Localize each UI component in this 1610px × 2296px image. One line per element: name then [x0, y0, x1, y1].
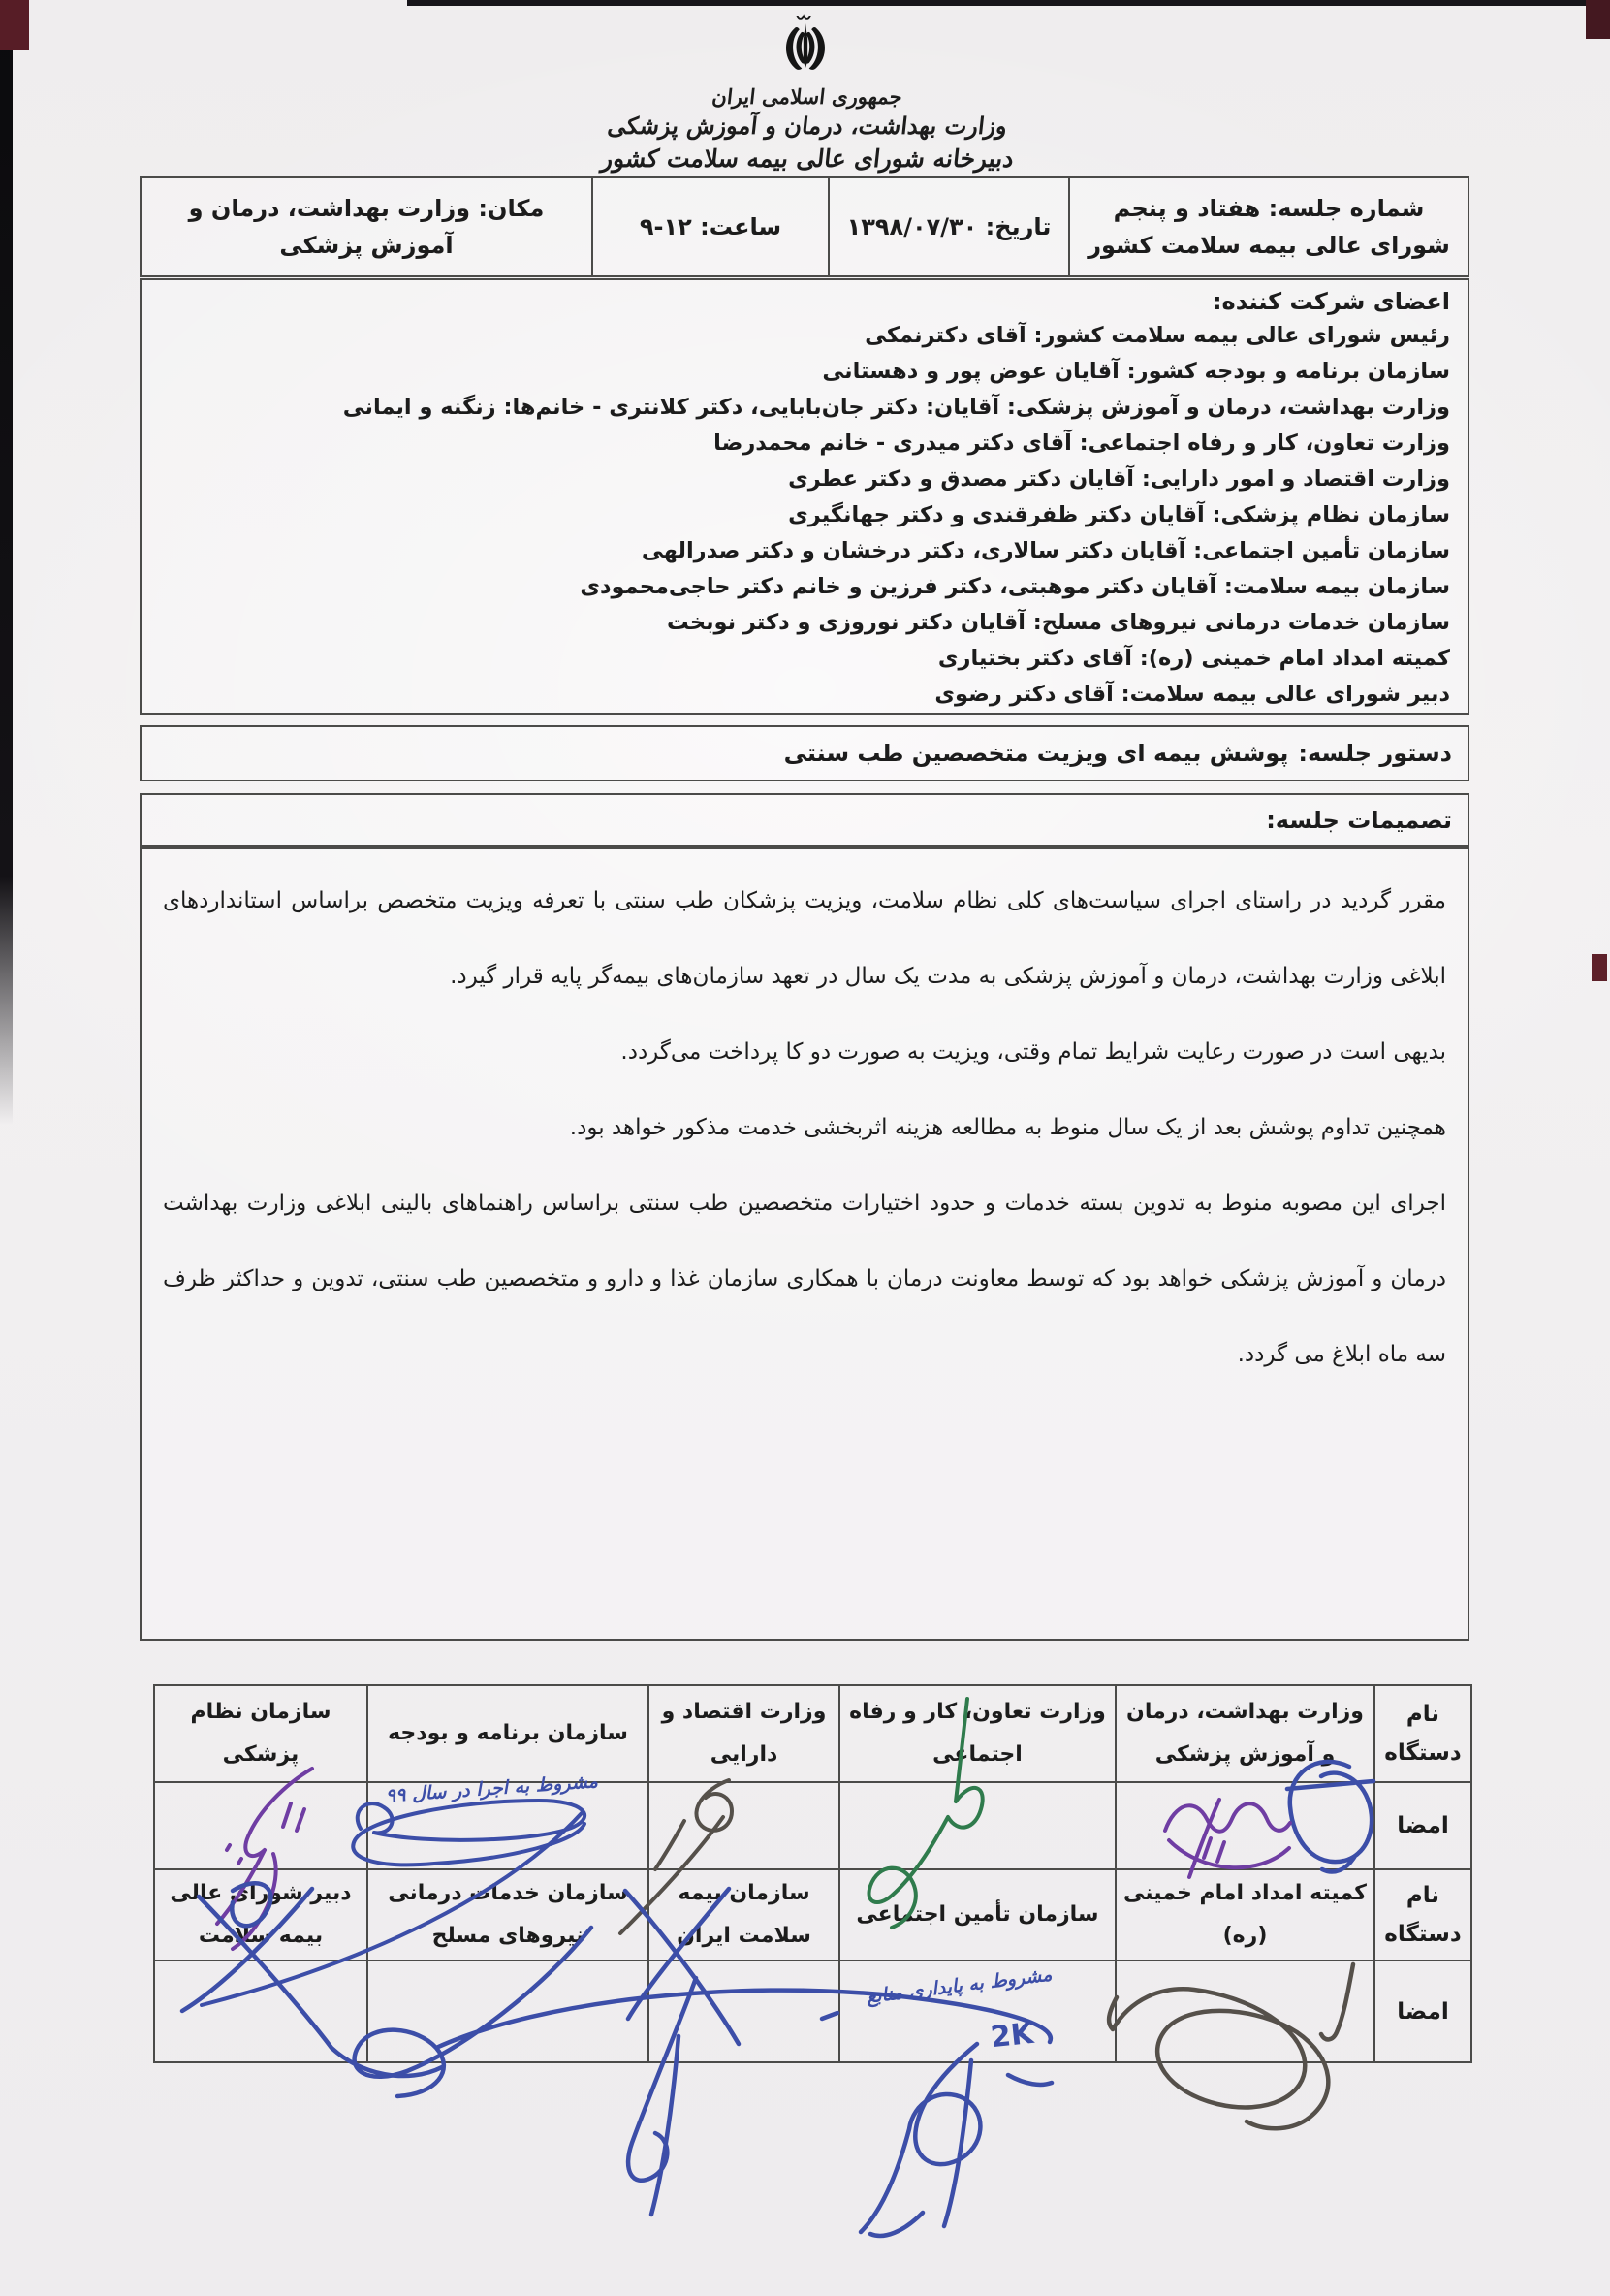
participant-line: کمیته امداد امام خمینی (ره): آقای دکتر ب… [159, 641, 1450, 677]
org-cell: وزارت اقتصاد و دارایی [648, 1685, 839, 1782]
participant-line: وزارت تعاون، کار و رفاه اجتماعی: آقای دک… [159, 426, 1450, 462]
org-cell: سازمان نظام پزشکی [154, 1685, 367, 1782]
agenda-topic: پوشش بیمه ای ویزیت متخصصین طب سنتی [784, 740, 1289, 767]
participant-line: وزارت بهداشت، درمان و آموزش پزشکی: آقایا… [159, 390, 1450, 426]
agenda-strip: دستور جلسه: پوشش بیمه ای ویزیت متخصصین ط… [140, 725, 1469, 781]
participant-line: سازمان نظام پزشکی: آقایان دکتر ظفرقندی و… [159, 497, 1450, 533]
participants-box: اعضای شرکت کننده: رئیس شورای عالی بیمه س… [140, 278, 1469, 715]
scanned-meeting-minutes-page: جمهوری اسلامی ایران وزارت بهداشت، درمان … [0, 0, 1610, 2296]
signature-cell [1116, 1961, 1374, 2062]
participant-line: سازمان برنامه و بودجه کشور: آقایان عوض پ… [159, 354, 1450, 390]
letterhead-ministry: وزارت بهداشت، درمان و آموزش پزشکی [492, 111, 1118, 143]
name-device-label: نام دستگاه [1374, 1869, 1471, 1961]
participant-line: رئیس شورای عالی بیمه سلامت کشور: آقای دک… [159, 318, 1450, 354]
iran-coat-of-arms-icon [775, 12, 836, 80]
name-device-label: نام دستگاه [1374, 1685, 1471, 1782]
signature-cell [1116, 1782, 1374, 1869]
participant-line: سازمان خدمات درمانی نیروهای مسلح: آقایان… [159, 605, 1450, 641]
org-cell: وزارت بهداشت، درمان و آموزش پزشکی [1116, 1685, 1374, 1782]
session-number-cell: شماره جلسه: هفتاد و پنجم شورای عالی بیمه… [1068, 178, 1468, 275]
meeting-time-cell: ساعت: ۱۲-۹ [591, 178, 828, 275]
signature-table-signature-row-2: امضا [154, 1961, 1471, 2062]
signature-cell [839, 1782, 1116, 1869]
decision-paragraph: اجرای این مصوبه منوط به تدوین بسته خدمات… [163, 1165, 1446, 1392]
org-cell: سازمان خدمات درمانی نیروهای مسلح [367, 1869, 648, 1961]
signature-cell [154, 1961, 367, 2062]
org-cell: سازمان بیمه سلامت ایران [648, 1869, 839, 1961]
scan-edge-shadow-top [407, 0, 1610, 6]
letterhead: جمهوری اسلامی ایران وزارت بهداشت، درمان … [495, 12, 1116, 175]
participants-title: اعضای شرکت کننده: [159, 286, 1450, 318]
participant-line: سازمان تأمین اجتماعی: آقایان دکتر سالاری… [159, 533, 1450, 569]
signature-cell [367, 1961, 648, 2062]
signature-cell [648, 1961, 839, 2062]
org-cell: دبیر شورای عالی بیمه سلامت [154, 1869, 367, 1961]
scan-corner-mark [1586, 0, 1610, 39]
scan-edge-shadow [0, 0, 13, 1125]
letterhead-country: جمهوری اسلامی ایران [493, 83, 1118, 111]
decision-paragraph: بدیهی است در صورت رعایت شرایط تمام وقتی،… [163, 1014, 1446, 1090]
signature-table-name-row-2: نام دستگاه کمیته امداد امام خمینی (ره) س… [154, 1869, 1471, 1961]
participant-line: دبیر شورای عالی بیمه سلامت: آقای دکتر رض… [159, 677, 1450, 713]
org-cell: سازمان برنامه و بودجه [367, 1685, 648, 1782]
signature-cell [367, 1782, 648, 1869]
meeting-location-cell: مکان: وزارت بهداشت، درمان و آموزش پزشکی [142, 178, 591, 275]
signature-cell [154, 1782, 367, 1869]
participant-line: سازمان بیمه سلامت: آقایان دکتر موهبتی، د… [159, 569, 1450, 605]
meeting-info-table: شماره جلسه: هفتاد و پنجم شورای عالی بیمه… [140, 176, 1469, 277]
signature-table-signature-row-1: امضا [154, 1782, 1471, 1869]
org-cell: کمیته امداد امام خمینی (ره) [1116, 1869, 1374, 1961]
signature-label: امضا [1374, 1961, 1471, 2062]
decision-paragraph: همچنین تداوم پوشش بعد از یک سال منوط به … [163, 1090, 1446, 1165]
org-cell: وزارت تعاون، کار و رفاه اجتماعی [839, 1685, 1116, 1782]
decisions-box: مقرر گردید در راستای اجرای سیاست‌های کلی… [140, 847, 1469, 1641]
letterhead-secretariat: دبیرخانه شورای عالی بیمه سلامت کشور [492, 143, 1118, 175]
signature-cell [648, 1782, 839, 1869]
signature-table-name-row-1: نام دستگاه وزارت بهداشت، درمان و آموزش پ… [154, 1685, 1471, 1782]
org-cell: سازمان تأمین اجتماعی [839, 1869, 1116, 1961]
decisions-title-strip: تصمیمات جلسه: [140, 793, 1469, 847]
signature-table: نام دستگاه وزارت بهداشت، درمان و آموزش پ… [153, 1684, 1472, 2063]
signature-label: امضا [1374, 1782, 1471, 1869]
decision-paragraph: مقرر گردید در راستای اجرای سیاست‌های کلی… [163, 863, 1446, 1014]
scan-corner-mark [0, 0, 29, 50]
signature-cell [839, 1961, 1116, 2062]
scan-edge-mark [1592, 954, 1607, 981]
participant-line: وزارت اقتصاد و امور دارایی: آقایان دکتر … [159, 462, 1450, 497]
meeting-date-cell: تاریخ: ۱۳۹۸/۰۷/۳۰ [828, 178, 1068, 275]
agenda-label: دستور جلسه: [1298, 740, 1452, 767]
